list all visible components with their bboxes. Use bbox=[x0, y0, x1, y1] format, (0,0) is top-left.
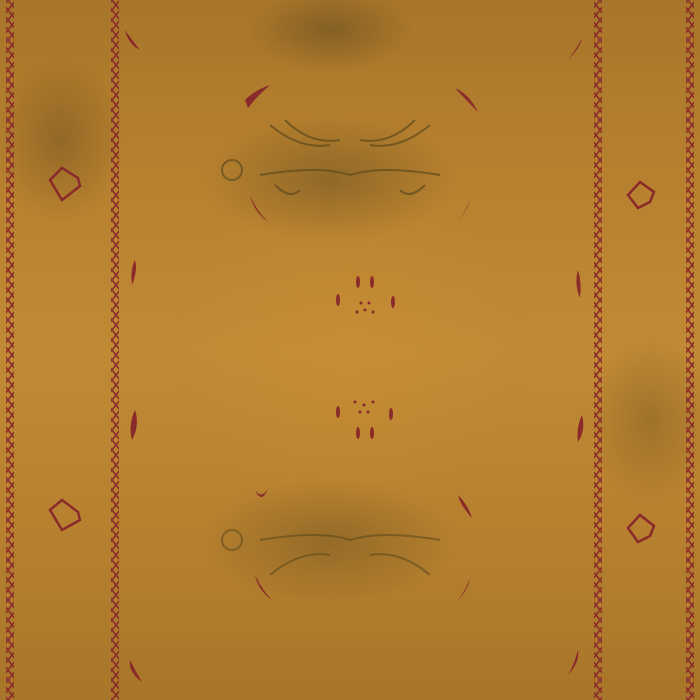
center-medallion bbox=[336, 276, 395, 439]
lower-arabesque bbox=[222, 530, 440, 575]
rug-photo bbox=[0, 0, 700, 700]
red-leaf-accents bbox=[125, 30, 583, 682]
border-line-right-outer bbox=[686, 0, 694, 700]
border-line-left-inner bbox=[111, 0, 119, 700]
rug-pattern bbox=[0, 0, 700, 700]
border-line-left-outer bbox=[6, 0, 14, 700]
border-cartouches bbox=[50, 168, 654, 542]
upper-arabesque bbox=[222, 120, 440, 194]
border-line-right-inner bbox=[594, 0, 602, 700]
